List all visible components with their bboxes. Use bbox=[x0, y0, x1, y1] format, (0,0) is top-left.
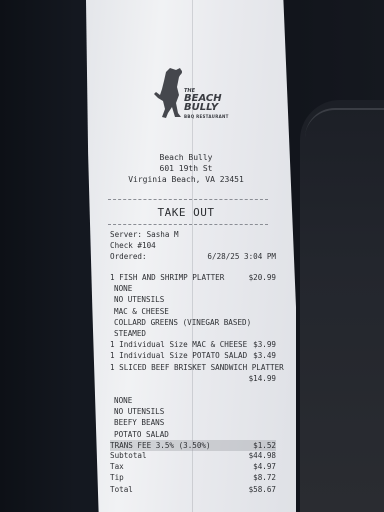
address-street: 601 19th St bbox=[86, 163, 286, 174]
subtotal-line: Subtotal $44.98 bbox=[110, 450, 276, 461]
item-qty: 1 bbox=[110, 273, 115, 282]
line-item-price-row: $14.99 bbox=[110, 373, 276, 384]
total-label: Tip bbox=[110, 473, 124, 482]
restaurant-logo: THE BEACH BULLY BBQ RESTAURANT bbox=[152, 66, 242, 122]
grand-total-line: Total $58.67 bbox=[110, 484, 276, 495]
item-price: $14.99 bbox=[249, 373, 276, 384]
line-item: 1 FISH AND SHRIMP PLATTER $20.99 bbox=[110, 272, 276, 283]
divider bbox=[108, 199, 268, 200]
divider bbox=[108, 224, 268, 225]
item-modifier: MAC & CHEESE bbox=[110, 306, 280, 317]
item-modifier: NONE bbox=[110, 283, 280, 294]
total-amount: $58.67 bbox=[249, 484, 276, 495]
fee-label: TRANS FEE 3.5% (3.50%) bbox=[110, 441, 211, 450]
order-info: Server: Sasha M Check #104 Ordered: 6/28… bbox=[110, 229, 276, 263]
logo-subtitle: BBQ RESTAURANT bbox=[184, 112, 229, 121]
address-city: Virginia Beach, VA 23451 bbox=[86, 174, 286, 185]
seat-seam bbox=[305, 108, 384, 140]
item-price: $3.49 bbox=[253, 350, 276, 361]
total-label: Tax bbox=[110, 462, 124, 471]
item-name: FISH AND SHRIMP PLATTER bbox=[119, 273, 224, 282]
logo-bully: BULLY bbox=[184, 103, 229, 112]
item-price: $3.99 bbox=[253, 339, 276, 350]
total-amount: $8.72 bbox=[253, 472, 276, 483]
ordered-datetime: 6/28/25 3:04 PM bbox=[207, 251, 276, 262]
server-line: Server: Sasha M bbox=[110, 229, 276, 240]
car-seat-background bbox=[300, 100, 384, 512]
item-modifier: POTATO SALAD bbox=[110, 429, 280, 440]
item-modifier: NONE bbox=[110, 395, 280, 406]
item-name: Individual Size POTATO SALAD bbox=[119, 351, 247, 360]
tip-line: Tip $8.72 bbox=[110, 472, 276, 483]
item-modifier: BEEFY BEANS bbox=[110, 417, 280, 428]
totals: Subtotal $44.98 Tax $4.97 Tip $8.72 Tota… bbox=[110, 450, 276, 495]
item-qty: 1 bbox=[110, 351, 115, 360]
total-label: Total bbox=[110, 485, 133, 494]
total-label: Subtotal bbox=[110, 451, 147, 460]
restaurant-address: Beach Bully 601 19th St Virginia Beach, … bbox=[86, 152, 286, 185]
order-type: TAKE OUT bbox=[86, 206, 286, 219]
check-number: Check #104 bbox=[110, 240, 276, 251]
item-name: SLICED BEEF BRISKET SANDWICH PLATTER bbox=[119, 363, 284, 372]
item-modifier: NO UTENSILS bbox=[110, 406, 280, 417]
bull-mascot-icon bbox=[152, 66, 186, 120]
restaurant-name: Beach Bully bbox=[86, 152, 286, 163]
item-modifier: NO UTENSILS bbox=[110, 294, 280, 305]
item-price: $20.99 bbox=[249, 272, 276, 283]
item-modifier: COLLARD GREENS (VINEGAR BASED) bbox=[110, 317, 280, 328]
item-modifier: STEAMED bbox=[110, 328, 280, 339]
spacer bbox=[110, 384, 276, 395]
line-item: 1 SLICED BEEF BRISKET SANDWICH PLATTER bbox=[110, 362, 276, 373]
tax-line: Tax $4.97 bbox=[110, 461, 276, 472]
receipt-paper: THE BEACH BULLY BBQ RESTAURANT Beach Bul… bbox=[86, 0, 296, 512]
item-qty: 1 bbox=[110, 363, 115, 372]
item-qty: 1 bbox=[110, 340, 115, 349]
line-items: 1 FISH AND SHRIMP PLATTER $20.99 NONE NO… bbox=[110, 272, 280, 451]
line-item: 1 Individual Size MAC & CHEESE $3.99 bbox=[110, 339, 276, 350]
total-amount: $44.98 bbox=[249, 450, 276, 461]
ordered-line: Ordered: 6/28/25 3:04 PM bbox=[110, 251, 276, 262]
ordered-label: Ordered: bbox=[110, 252, 147, 261]
item-name: Individual Size MAC & CHEESE bbox=[119, 340, 247, 349]
line-item: 1 Individual Size POTATO SALAD $3.49 bbox=[110, 350, 276, 361]
total-amount: $4.97 bbox=[253, 461, 276, 472]
